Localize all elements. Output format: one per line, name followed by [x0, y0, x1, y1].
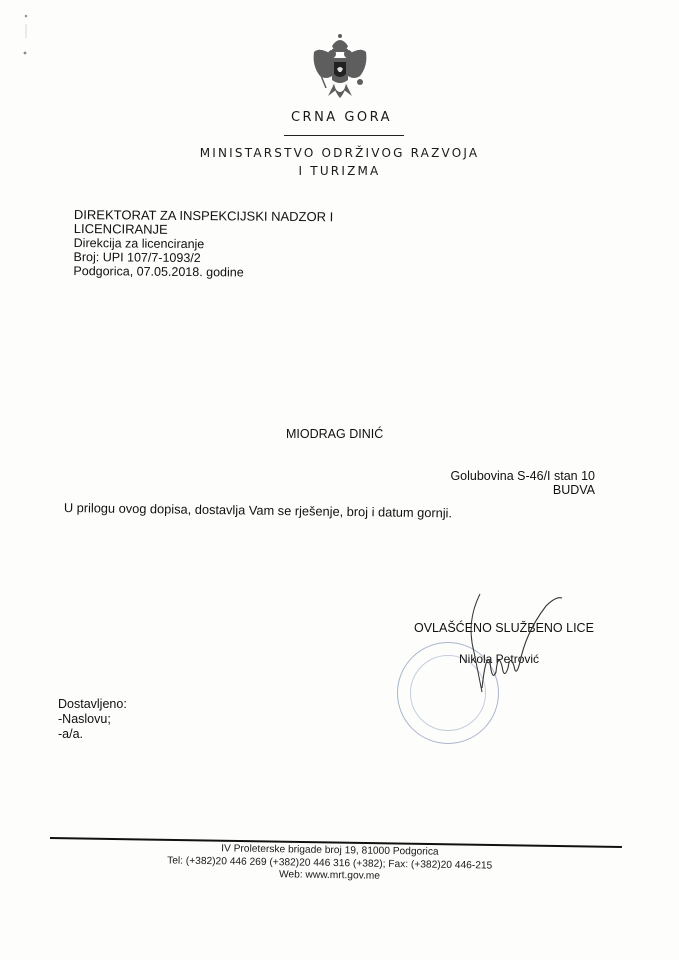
- signature-icon: [416, 592, 576, 702]
- delivered-item: -Naslovu;: [58, 712, 127, 727]
- body-text: U prilogu ovog dopisa, dostavlja Vam se …: [64, 500, 452, 520]
- country-name: CRNA GORA: [0, 110, 679, 125]
- delivered-to: Dostavljeno: -Naslovu; -a/a.: [58, 697, 127, 742]
- header-rule: [284, 135, 404, 136]
- place-date: Podgorica, 07.05.2018. godine: [73, 264, 332, 280]
- ministry-line-2: I TURIZMA: [0, 162, 679, 180]
- ministry-name: MINISTARSTVO ODRŽIVOG RAZVOJA I TURIZMA: [0, 144, 679, 180]
- ministry-line-1: MINISTARSTVO ODRŽIVOG RAZVOJA: [0, 144, 679, 162]
- recipient-address: Golubovina S-46/I stan 10 BUDVA: [420, 469, 595, 497]
- address-line-1: Golubovina S-46/I stan 10: [420, 469, 595, 483]
- coat-of-arms-icon: [310, 32, 370, 104]
- recipient-name: MIODRAG DINIĆ: [286, 427, 383, 441]
- delivered-item: -a/a.: [58, 727, 127, 742]
- scan-mark-icon: [18, 12, 34, 62]
- footer: IV Proleterske brigade broj 19, 81000 Po…: [139, 842, 520, 885]
- sender-block: DIREKTORAT ZA INSPEKCIJSKI NADZOR I LICE…: [73, 208, 333, 280]
- address-line-2: BUDVA: [420, 483, 595, 497]
- delivered-label: Dostavljeno:: [58, 697, 127, 712]
